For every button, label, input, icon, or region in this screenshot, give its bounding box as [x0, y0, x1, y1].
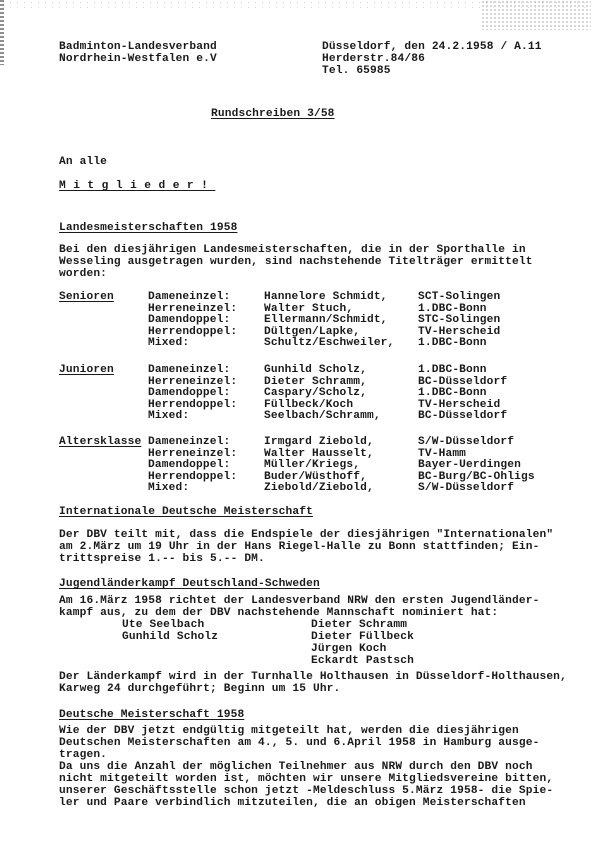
result-club: TV-Herscheid	[418, 399, 500, 411]
team-member: Jürgen Koch	[311, 643, 387, 655]
paragraph-line: nicht mitgeteilt worden ist, möchten wir…	[59, 773, 553, 785]
paragraph-line: am 2.März um 19 Uhr in der Hans Riegel-H…	[59, 541, 539, 553]
result-winner: Hannelore Schmidt,	[264, 291, 388, 303]
section-heading-jugend: Jugendländerkampf Deutschland-Schweden	[59, 578, 320, 590]
result-winner: Dültgen/Lapke,	[264, 326, 360, 338]
team-member: Dieter Schramm	[311, 619, 407, 631]
team-member: Ute Seelbach	[122, 619, 204, 631]
result-club: BC-Düsseldorf	[418, 410, 507, 422]
paragraph-line: Der Länderkampf wird in der Turnhalle Ho…	[59, 671, 567, 683]
result-winner: Schultz/Eschweiler,	[264, 337, 394, 349]
sender-region: Nordrhein-Westfalen e.V	[59, 53, 217, 65]
section-heading-landesmeister: Landesmeisterschaften 1958	[59, 222, 237, 234]
paragraph-line: Da uns die Anzahl der möglichen Teilnehm…	[59, 761, 533, 773]
result-discipline: Mixed:	[148, 410, 189, 422]
result-club: Bayer-Uerdingen	[418, 459, 521, 471]
result-discipline: Damendoppel:	[148, 314, 230, 326]
paragraph-line: kampf aus, zu dem der DBV nachstehende M…	[59, 607, 498, 619]
result-discipline: Damendoppel:	[148, 459, 230, 471]
paragraph-line: tragen.	[59, 749, 107, 761]
paragraph-line: Deutschen Meisterschaften am 4., 5. und …	[59, 737, 539, 749]
result-club: TV-Hamm	[418, 448, 466, 460]
result-winner: Dieter Schramm,	[264, 376, 367, 388]
phone-number: Tel. 65985	[322, 65, 391, 77]
result-winner: Walter Stuch,	[264, 303, 353, 315]
team-member: Eckardt Pastsch	[311, 655, 414, 667]
result-discipline: Herreneinzel:	[148, 303, 237, 315]
result-winner: Caspary/Scholz,	[264, 387, 367, 399]
result-discipline: Herreneinzel:	[148, 448, 237, 460]
paragraph-line: Wesseling ausgetragen wurden, sind nachs…	[59, 256, 533, 268]
scan-edge-marks	[0, 0, 4, 65]
result-winner: Irmgard Ziebold,	[264, 436, 374, 448]
result-club: STC-Solingen	[418, 314, 500, 326]
group-label: Senioren	[59, 291, 114, 303]
result-discipline: Herreneinzel:	[148, 376, 237, 388]
result-discipline: Dameneinzel:	[148, 364, 230, 376]
place-date: Düsseldorf, den 24.2.1958 / A.11	[322, 41, 542, 53]
result-club: BC-Düsseldorf	[418, 376, 507, 388]
document-page: Badminton-Landesverband Nordrhein-Westfa…	[0, 0, 591, 845]
team-member: Gunhild Scholz	[122, 631, 218, 643]
subject-title: Rundschreiben 3/58	[211, 108, 335, 120]
result-club: BC-Burg/BC-Ohligs	[418, 471, 535, 483]
group-label: Junioren	[59, 364, 114, 376]
result-club: TV-Herscheid	[418, 326, 500, 338]
result-discipline: Mixed:	[148, 337, 189, 349]
result-winner: Buder/Wüsthoff,	[264, 471, 367, 483]
paragraph-line: ler und Paare verbindlich mitzuteilen, d…	[59, 797, 526, 809]
result-discipline: Dameneinzel:	[148, 436, 230, 448]
team-member: Dieter Füllbeck	[311, 631, 414, 643]
salutation-line2: Mitglieder!	[59, 180, 215, 192]
result-club: 1.DBC-Bonn	[418, 387, 487, 399]
paragraph-line: worden:	[59, 268, 107, 280]
paragraph-line: Wie der DBV jetzt endgültig mitgeteilt h…	[59, 725, 519, 737]
result-winner: Gunhild Scholz,	[264, 364, 367, 376]
result-discipline: Mixed:	[148, 482, 189, 494]
result-winner: Ellermann/Schmidt,	[264, 314, 388, 326]
result-club: S/W-Düsseldorf	[418, 436, 514, 448]
result-winner: Walter Hausselt,	[264, 448, 374, 460]
street-address: Herderstr.84/86	[322, 53, 425, 65]
result-club: SCT-Solingen	[418, 291, 500, 303]
sender-name: Badminton-Landesverband	[59, 41, 217, 53]
result-winner: Seelbach/Schramm,	[264, 410, 381, 422]
paragraph-line: Bei den diesjährigen Landesmeisterschaft…	[59, 244, 526, 256]
scan-noise	[481, 0, 591, 30]
result-winner: Ziebold/Ziebold,	[264, 482, 374, 494]
paragraph-line: Am 16.März 1958 richtet der Landesverban…	[59, 595, 539, 607]
section-heading-international: Internationale Deutsche Meisterschaft	[59, 506, 313, 518]
result-club: 1.DBC-Bonn	[418, 303, 487, 315]
salutation-line1: An alle	[59, 156, 107, 168]
paragraph-line: unserer Geschäftsstelle schon jetzt -Mel…	[59, 785, 553, 797]
result-club: 1.DBC-Bonn	[418, 337, 487, 349]
paragraph-line: Karweg 24 durchgeführt; Beginn um 15 Uhr…	[59, 683, 340, 695]
paragraph-line: Der DBV teilt mit, dass die Endspiele de…	[59, 529, 553, 541]
result-discipline: Damendoppel:	[148, 387, 230, 399]
result-discipline: Herrendoppel:	[148, 399, 237, 411]
result-winner: Müller/Kriegs,	[264, 459, 360, 471]
section-heading-deutsche: Deutsche Meisterschaft 1958	[59, 709, 244, 721]
result-discipline: Dameneinzel:	[148, 291, 230, 303]
result-club: S/W-Düsseldorf	[418, 482, 514, 494]
result-club: 1.DBC-Bonn	[418, 364, 487, 376]
result-discipline: Herrendoppel:	[148, 471, 237, 483]
result-winner: Füllbeck/Koch	[264, 399, 353, 411]
result-discipline: Herrendoppel:	[148, 326, 237, 338]
group-label: Altersklasse	[59, 436, 141, 448]
paragraph-line: trittspreise 1.-- bis 5.-- DM.	[59, 553, 265, 565]
